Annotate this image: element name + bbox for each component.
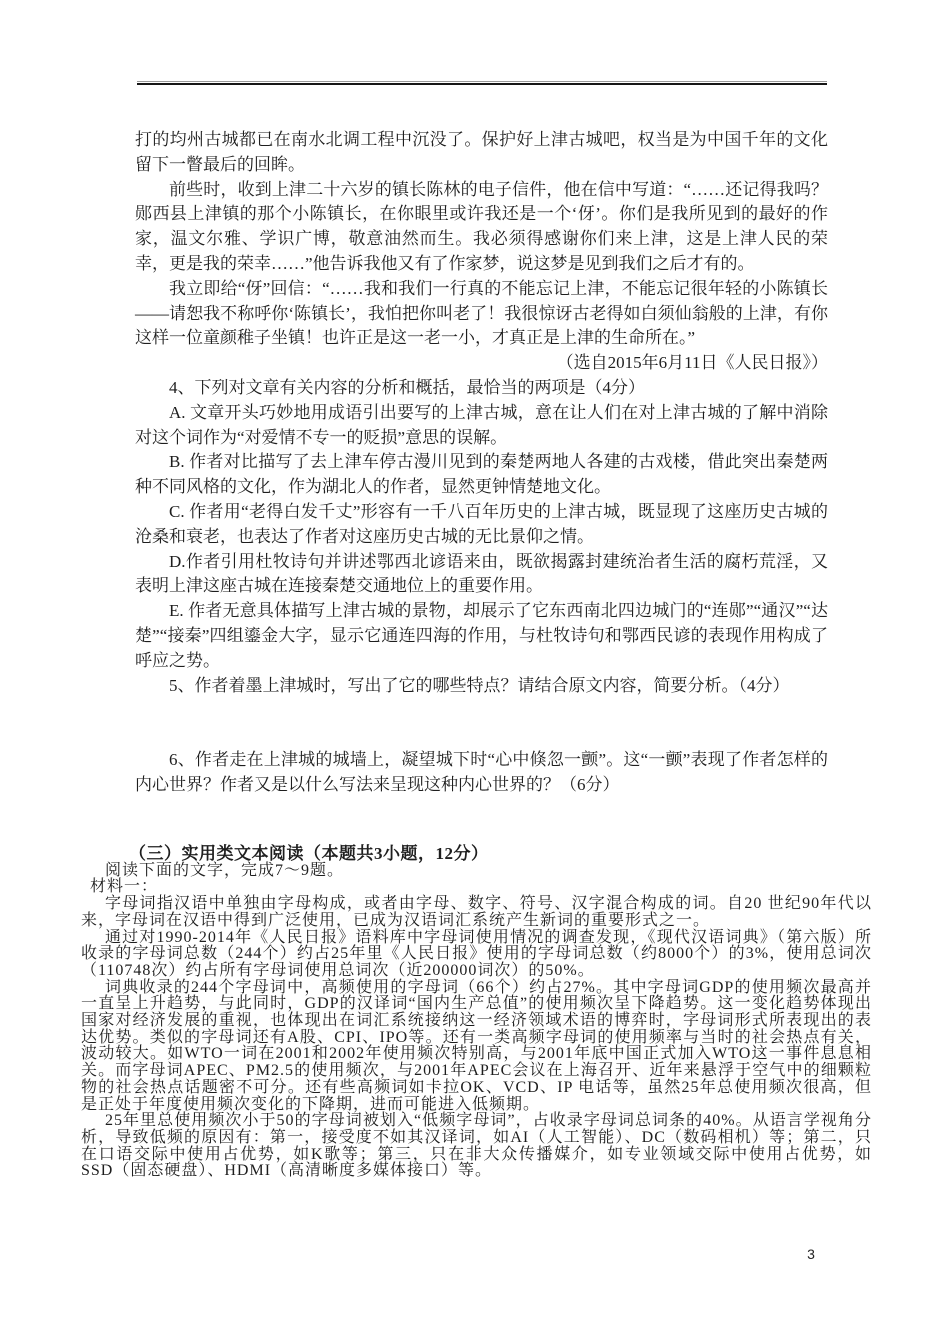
question-4-option-e: E. 作者无意具体描写上津古城的景物，却展示了它东西南北四边城门的“连郧”“通汉…: [135, 599, 828, 673]
section-heading: （三）实用类文本阅读（本题共3小题，12分）: [81, 846, 872, 863]
question-4-stem: 4、下列对文章有关内容的分析和概括，最恰当的两项是（4分）: [135, 376, 828, 401]
document-page: 打的均州古城都已在南水北调工程中沉没了。保护好上津古城吧，权当是为中国千年的文化…: [0, 0, 950, 1344]
passage-paragraph-reply: 我立即给“伢”回信：“……我和我们一行真的不能忘记上津，不能忘记很年轻的小陈镇长…: [135, 277, 828, 351]
question-6: 6、作者走在上津城的城墙上，凝望城下时“心中倏忽一颤”。这“一颤”表现了作者怎样…: [135, 748, 828, 798]
reading-passage-section: 打的均州古城都已在南水北调工程中沉没了。保护好上津古城吧，权当是为中国千年的文化…: [135, 128, 828, 798]
material-one-label: 材料一：: [81, 879, 872, 896]
practical-reading-section: （三）实用类文本阅读（本题共3小题，12分） 阅读下面的文字，完成7～9题。 材…: [81, 846, 872, 1180]
page-number: 3: [798, 1246, 824, 1262]
header-rule: [137, 81, 827, 85]
question-4-option-a: A. 文章开头巧妙地用成语引出要写的上津古城，意在让人们在对上津古城的了解中消除…: [135, 401, 828, 451]
question-4-option-b: B. 作者对比描写了去上津车停古漫川见到的秦楚两地人各建的古戏楼，借此突出秦楚两…: [135, 450, 828, 500]
material-paragraph-3: 词典收录的244个字母词中，高频使用的字母词（66个）约占27%。其中字母词GD…: [81, 980, 872, 1114]
question-4-option-d: D.作者引用杜牧诗句并讲述鄂西北谚语来由，既欲揭露封建统治者生活的腐朽荒淫，又表…: [135, 550, 828, 600]
material-paragraph-4: 25年里总使用频次小于50的字母词被划入“低频字母词”，占收录字母词总词条的40…: [81, 1113, 872, 1180]
question-5: 5、作者着墨上津城时，写出了它的哪些特点？请结合原文内容，简要分析。（4分）: [135, 674, 828, 699]
section-instruction: 阅读下面的文字，完成7～9题。: [81, 863, 872, 880]
material-paragraph-1: 字母词指汉语中单独由字母构成，或者由字母、数字、符号、汉字混合构成的词。自20 …: [81, 896, 872, 929]
passage-paragraph-letter: 前些时，收到上津二十六岁的镇长陈林的电子信件，他在信中写道：“……还记得我吗？郧…: [135, 178, 828, 277]
passage-attribution: （选自2015年6月11日《人民日报》）: [135, 351, 828, 376]
passage-paragraph-continuation: 打的均州古城都已在南水北调工程中沉没了。保护好上津古城吧，权当是为中国千年的文化…: [135, 128, 828, 178]
question-4-option-c: C. 作者用“老得白发千丈”形容有一千八百年历史的上津古城，既显现了这座历史古城…: [135, 500, 828, 550]
material-paragraph-2: 通过对1990-2014年《人民日报》语料库中字母词使用情况的调查发现，《现代汉…: [81, 930, 872, 980]
